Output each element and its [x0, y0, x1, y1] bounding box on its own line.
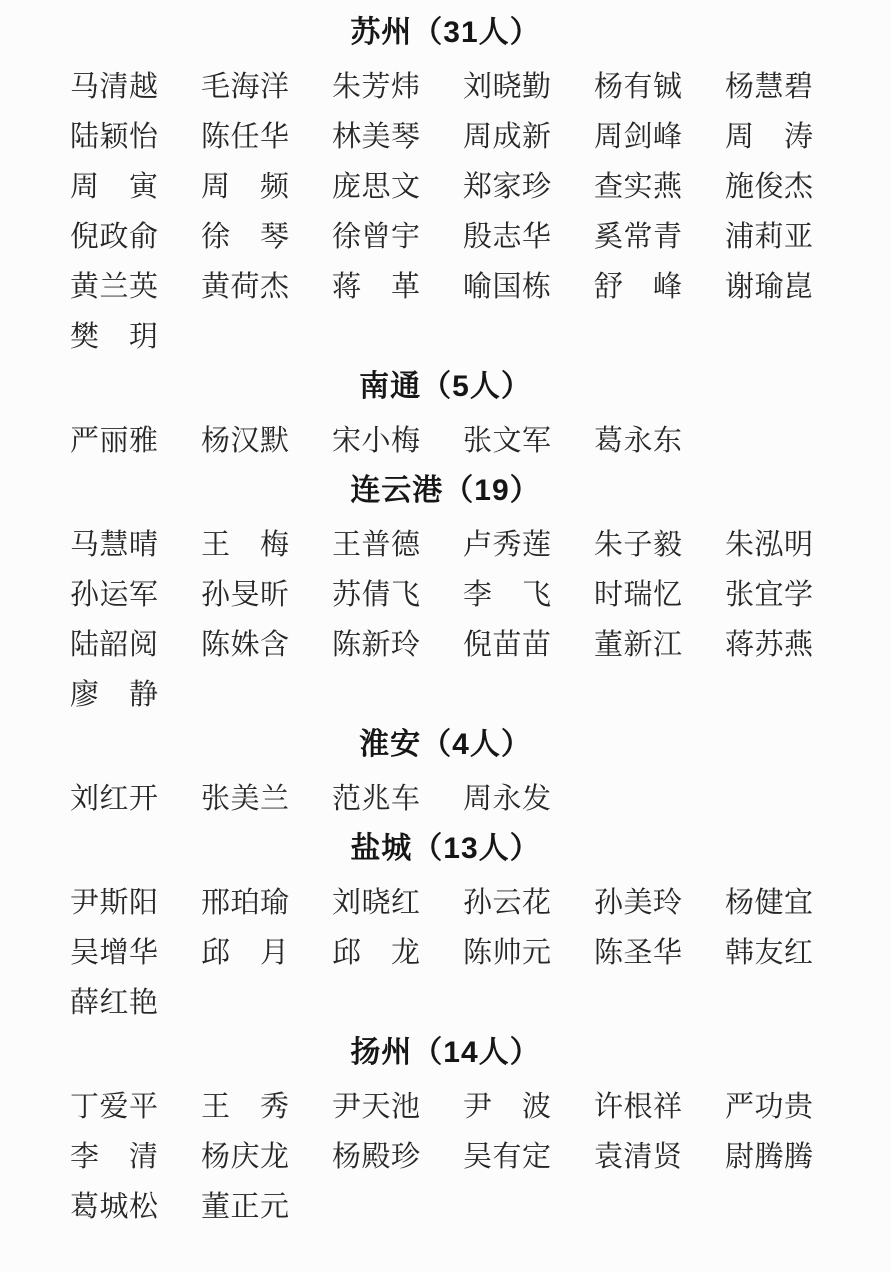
person-name: 杨殿珍	[332, 1132, 420, 1182]
person-name: 倪政俞	[70, 212, 158, 262]
person-name: 邢珀瑜	[201, 878, 289, 928]
person-name: 周剑峰	[594, 112, 682, 162]
person-name: 卢秀莲	[463, 520, 551, 570]
person-name: 喻国栋	[463, 262, 551, 312]
person-name: 廖静	[70, 670, 158, 720]
person-name: 王梅	[201, 520, 289, 570]
person-name: 杨健宜	[725, 878, 813, 928]
roster: 苏州（31人）马清越毛海洋朱芳炜刘晓勤杨有铖杨慧碧陆颖怡陈任华林美琴周成新周剑峰…	[0, 8, 891, 1232]
person-name: 杨慧碧	[725, 62, 813, 112]
person-name: 李飞	[463, 570, 551, 620]
person-name: 朱泓明	[725, 520, 813, 570]
person-name: 尉腾腾	[725, 1132, 813, 1182]
person-name: 丁爱平	[70, 1082, 158, 1132]
person-name: 马清越	[70, 62, 158, 112]
person-name: 尹波	[463, 1082, 551, 1132]
person-name: 杨汉默	[201, 416, 289, 466]
person-name: 邱月	[201, 928, 289, 978]
person-name: 李清	[70, 1132, 158, 1182]
person-name: 朱子毅	[594, 520, 682, 570]
person-name: 蒋苏燕	[725, 620, 813, 670]
person-name: 张宜学	[725, 570, 813, 620]
person-name: 苏倩飞	[332, 570, 420, 620]
person-name: 吴有定	[463, 1132, 551, 1182]
name-row: 周寅周频庞思文郑家珍查实燕施俊杰	[0, 162, 891, 212]
person-name: 周寅	[70, 162, 158, 212]
name-row: 丁爱平王秀尹天池尹波许根祥严功贵	[0, 1082, 891, 1132]
person-name: 殷志华	[463, 212, 551, 262]
person-name: 刘红开	[70, 774, 158, 824]
person-name: 陈帅元	[463, 928, 551, 978]
person-name: 张文军	[463, 416, 551, 466]
name-row: 廖静	[0, 670, 891, 720]
person-name: 孙美玲	[594, 878, 682, 928]
person-name: 马慧晴	[70, 520, 158, 570]
person-name: 袁清贤	[594, 1132, 682, 1182]
person-name: 葛城松	[70, 1182, 158, 1232]
name-row: 陆韶阅陈姝含陈新玲倪苗苗董新江蒋苏燕	[0, 620, 891, 670]
person-name: 孙旻昕	[201, 570, 289, 620]
person-name: 陈新玲	[332, 620, 420, 670]
name-row: 孙运军孙旻昕苏倩飞李飞时瑞忆张宜学	[0, 570, 891, 620]
person-name: 徐琴	[201, 212, 289, 262]
name-row: 薛红艳	[0, 978, 891, 1028]
name-row: 刘红开张美兰范兆车周永发	[0, 774, 891, 824]
person-name: 刘晓红	[332, 878, 420, 928]
person-name: 时瑞忆	[594, 570, 682, 620]
person-name: 王秀	[201, 1082, 289, 1132]
name-row: 吴增华邱月邱龙陈帅元陈圣华韩友红	[0, 928, 891, 978]
section-title: 扬州（14人）	[0, 1028, 891, 1078]
section-title: 苏州（31人）	[0, 8, 891, 58]
name-row: 倪政俞徐琴徐曾宇殷志华奚常青浦莉亚	[0, 212, 891, 262]
person-name: 张美兰	[201, 774, 289, 824]
person-name: 黄荷杰	[201, 262, 289, 312]
person-name: 董正元	[201, 1182, 289, 1232]
person-name: 奚常青	[594, 212, 682, 262]
person-name: 刘晓勤	[463, 62, 551, 112]
name-row: 葛城松董正元	[0, 1182, 891, 1232]
person-name: 林美琴	[332, 112, 420, 162]
person-name: 严功贵	[725, 1082, 813, 1132]
person-name: 倪苗苗	[463, 620, 551, 670]
section-title: 连云港（19）	[0, 466, 891, 516]
person-name: 薛红艳	[70, 978, 158, 1028]
person-name: 周频	[201, 162, 289, 212]
person-name: 尹斯阳	[70, 878, 158, 928]
person-name: 许根祥	[594, 1082, 682, 1132]
person-name: 严丽雅	[70, 416, 158, 466]
person-name: 王普德	[332, 520, 420, 570]
person-name: 徐曾宇	[332, 212, 420, 262]
name-row: 马清越毛海洋朱芳炜刘晓勤杨有铖杨慧碧	[0, 62, 891, 112]
name-row: 陆颖怡陈任华林美琴周成新周剑峰周涛	[0, 112, 891, 162]
person-name: 周成新	[463, 112, 551, 162]
person-name: 杨有铖	[594, 62, 682, 112]
person-name: 吴增华	[70, 928, 158, 978]
person-name: 董新江	[594, 620, 682, 670]
section-title: 南通（5人）	[0, 362, 891, 412]
person-name: 陆韶阅	[70, 620, 158, 670]
person-name: 樊玥	[70, 312, 158, 362]
person-name: 浦莉亚	[725, 212, 813, 262]
person-name: 庞思文	[332, 162, 420, 212]
person-name: 陈圣华	[594, 928, 682, 978]
person-name: 杨庆龙	[201, 1132, 289, 1182]
person-name: 毛海洋	[201, 62, 289, 112]
person-name: 孙云花	[463, 878, 551, 928]
name-row: 李清杨庆龙杨殿珍吴有定袁清贤尉腾腾	[0, 1132, 891, 1182]
person-name: 黄兰英	[70, 262, 158, 312]
person-name: 朱芳炜	[332, 62, 420, 112]
name-row: 严丽雅杨汉默宋小梅张文军葛永东	[0, 416, 891, 466]
person-name: 施俊杰	[725, 162, 813, 212]
person-name: 陈姝含	[201, 620, 289, 670]
person-name: 尹天池	[332, 1082, 420, 1132]
person-name: 宋小梅	[332, 416, 420, 466]
person-name: 陈任华	[201, 112, 289, 162]
person-name: 孙运军	[70, 570, 158, 620]
section-title: 盐城（13人）	[0, 824, 891, 874]
roster-page: 苏州（31人）马清越毛海洋朱芳炜刘晓勤杨有铖杨慧碧陆颖怡陈任华林美琴周成新周剑峰…	[0, 0, 891, 1272]
person-name: 葛永东	[594, 416, 682, 466]
person-name: 陆颖怡	[70, 112, 158, 162]
section-title: 淮安（4人）	[0, 720, 891, 770]
name-row: 樊玥	[0, 312, 891, 362]
person-name: 查实燕	[594, 162, 682, 212]
name-row: 尹斯阳邢珀瑜刘晓红孙云花孙美玲杨健宜	[0, 878, 891, 928]
person-name: 韩友红	[725, 928, 813, 978]
person-name: 周永发	[463, 774, 551, 824]
person-name: 舒峰	[594, 262, 682, 312]
person-name: 周涛	[725, 112, 813, 162]
person-name: 谢瑜崑	[725, 262, 813, 312]
person-name: 范兆车	[332, 774, 420, 824]
person-name: 邱龙	[332, 928, 420, 978]
name-row: 黄兰英黄荷杰蒋革喻国栋舒峰谢瑜崑	[0, 262, 891, 312]
person-name: 蒋革	[332, 262, 420, 312]
person-name: 郑家珍	[463, 162, 551, 212]
name-row: 马慧晴王梅王普德卢秀莲朱子毅朱泓明	[0, 520, 891, 570]
